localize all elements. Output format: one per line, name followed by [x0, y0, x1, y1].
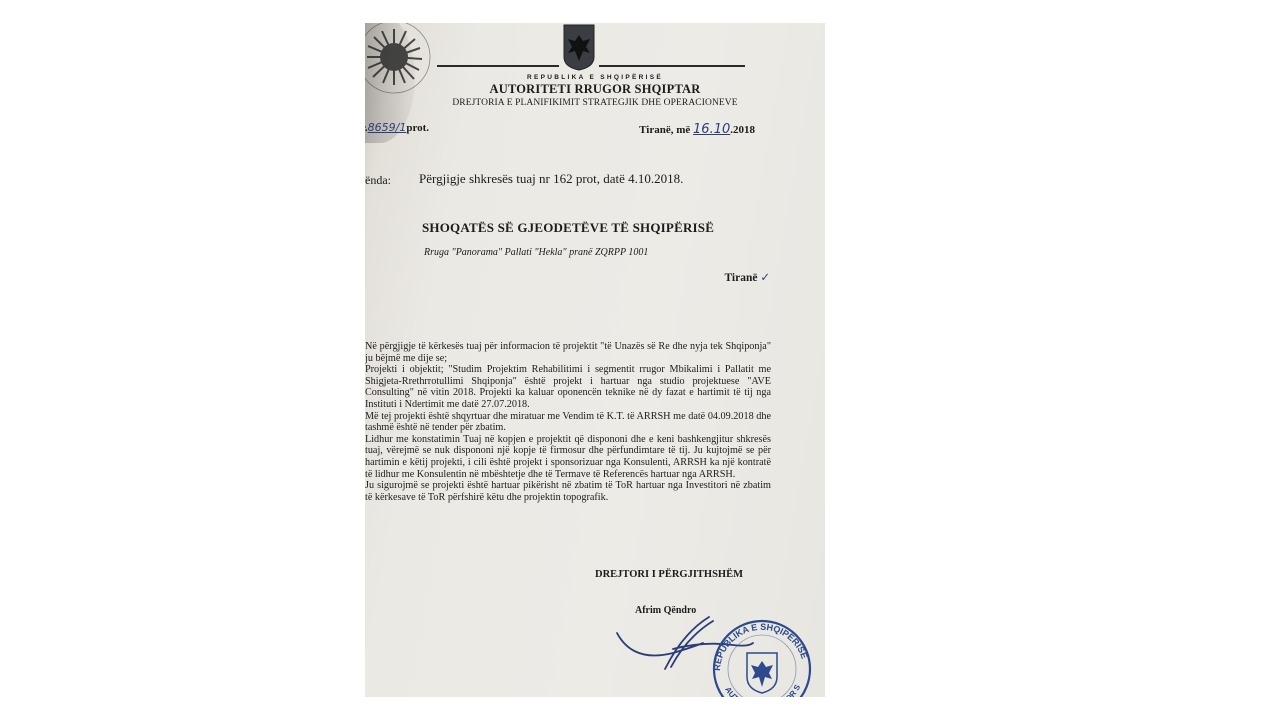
- body-paragraph: Në përgjigje të kërkesës tuaj për inform…: [365, 341, 771, 364]
- organization-name: AUTORITETI RRUGOR SHQIPTAR: [365, 82, 825, 97]
- body-paragraph: Më tej projekti është shqyrtuar dhe mira…: [365, 411, 771, 434]
- protocol-suffix: prot.: [406, 122, 429, 134]
- albanian-coat-of-arms-icon: [562, 23, 596, 71]
- date-year: .2018: [730, 124, 755, 136]
- body-paragraph: Projekti i objektit; "Studim Projektim R…: [365, 364, 771, 410]
- protocol-handwritten-number: 8659/1: [368, 121, 407, 134]
- body-paragraph: Ju sigurojmë se projekti është hartuar p…: [365, 480, 771, 503]
- department-name: DREJTORIA E PLANIFIKIMIT STRATEGJIK DHE …: [365, 98, 825, 108]
- date-prefix: Tiranë, më: [639, 124, 693, 136]
- body-paragraph: Lidhur me konstatimin Tuaj në kopjen e p…: [365, 434, 771, 480]
- date-handwritten: 16.10: [693, 122, 730, 137]
- protocol-number: r.8659/1prot.: [365, 121, 429, 134]
- signatory-title: DREJTORI I PËRGJITHSHËM: [595, 569, 743, 580]
- letter-date: Tiranë, më 16.10.2018: [639, 122, 755, 137]
- header-rule-left: [437, 65, 559, 67]
- city-name: Tiranë: [724, 272, 757, 284]
- header-rule-right: [599, 65, 745, 67]
- republic-label: REPUBLIKA E SHQIPËRISË: [365, 74, 825, 81]
- recipient-name: SHOQATËS SË GJEODETËVE TË SHQIPËRISË: [422, 220, 714, 236]
- scanned-letter-page: REPUBLIKA E SHQIPËRISË AUTORITETI RRUGOR…: [365, 23, 825, 697]
- subject-label: ënda:: [365, 173, 391, 188]
- recipient-city: Tiranë ✓: [724, 270, 770, 284]
- letter-body: Në përgjigje të kërkesës tuaj për inform…: [365, 341, 771, 503]
- recipient-address: Rruga "Panorama" Pallati "Hekla" pranë Z…: [424, 247, 648, 258]
- official-round-stamp-icon: REPUBLIKA E SHQIPËRISË AUTORITETI RRUGOR…: [705, 611, 815, 697]
- subject-text: Përgjigje shkresës tuaj nr 162 prot, dat…: [419, 171, 683, 187]
- handwritten-check-icon: ✓: [760, 270, 770, 284]
